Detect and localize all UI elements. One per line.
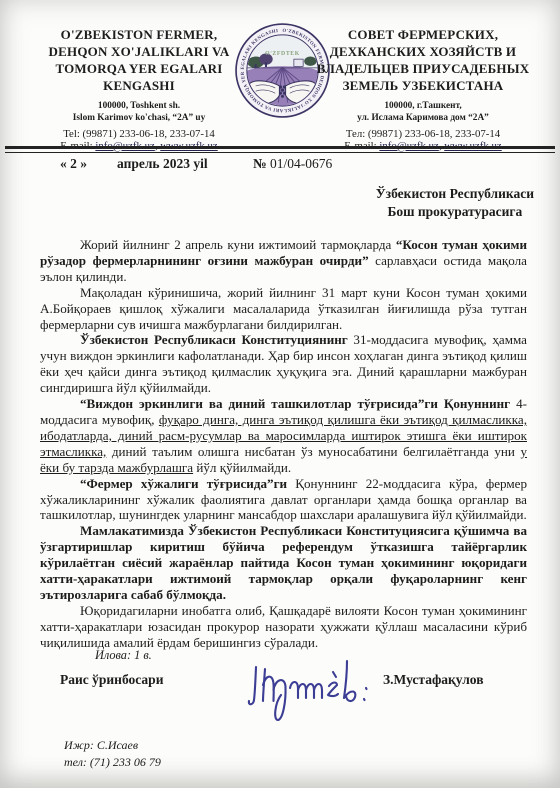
text-run: Мамлакатимизда Ўзбекистон Республикаси К… <box>40 523 527 602</box>
text-run: Ўзбекистон Республикаси Конституциянинг <box>80 332 348 347</box>
org-tel-uz: Tel: (99871) 233-06-18, 233-07-14 <box>22 128 256 140</box>
body-paragraph: “Фермер хўжалиги тўғрисида”ги Қонуннинг … <box>40 476 527 524</box>
text-run: диний таълим олишга нисбатан ўз муносаба… <box>106 444 520 459</box>
org-tel-ru: Тел: (99871) 233-06-18, 233-07-14 <box>302 128 544 140</box>
number-sign: № <box>253 156 270 171</box>
addressee-line1: Ўзбекистон Республикаси <box>376 185 534 203</box>
body-paragraph: Мақоладан кўринишича, жорий йилнинг 31 м… <box>40 285 527 333</box>
body-paragraph: Мамлакатимизда Ўзбекистон Республикаси К… <box>40 523 527 603</box>
body-paragraph: Жорий йилнинг 2 апрель куни ижтимоий тар… <box>40 237 527 285</box>
body-paragraph: Юқоридагиларни инобатга олиб, Қашқадарё … <box>40 603 527 651</box>
body-text: Жорий йилнинг 2 апрель куни ижтимоий тар… <box>40 237 527 651</box>
signer-name: З.Мустафақулов <box>383 672 484 688</box>
addressee-block: Ўзбекистон Республикаси Бош прокуратурас… <box>376 185 534 221</box>
handwritten-signature <box>240 645 390 730</box>
text-run: “Виждон эркинлиги ва диний ташкилотлар т… <box>80 396 510 411</box>
org-address-uz: 100000, Toshkent sh. Islom Karimov ko'ch… <box>22 100 256 125</box>
letter-page: O'ZBEKISTON FERMER, DEHQON XO'JALIKLARI … <box>0 0 560 788</box>
header-right: СОВЕТ ФЕРМЕРСКИХ, ДЕХКАНСКИХ ХОЗЯЙСТВ И … <box>302 27 544 152</box>
seal-center-text: O'ZFDTEK <box>265 51 300 57</box>
attachment-note: Илова: 1 в. <box>95 648 152 663</box>
letter-number: № 01/04-0676 <box>253 156 332 172</box>
org-title-ru: СОВЕТ ФЕРМЕРСКИХ, ДЕХКАНСКИХ ХОЗЯЙСТВ И … <box>302 27 544 95</box>
executor-phone: тел: (71) 233 06 79 <box>64 754 161 771</box>
letter-date-month-year: апрель 2023 yil <box>117 156 208 172</box>
text-run: йўл қўйилмайди. <box>193 460 291 475</box>
text-run: Жорий йилнинг 2 апрель куни ижтимоий тар… <box>80 237 396 252</box>
executor-name: Ижр: С.Исаев <box>64 737 161 754</box>
org-address-ru: 100000, г.Ташкент, ул. Ислама Каримова д… <box>302 100 544 125</box>
letter-date-day: « 2 » <box>60 156 87 172</box>
text-run: Юқоридагиларни инобатга олиб, Қашқадарё … <box>40 603 527 650</box>
signature-icon <box>240 645 390 730</box>
body-paragraph: Ўзбекистон Республикаси Конституциянинг … <box>40 332 527 396</box>
addressee-line2: Бош прокуратурасига <box>376 203 534 221</box>
text-run: Мақоладан кўринишича, жорий йилнинг 31 м… <box>40 285 527 332</box>
number-value: 01/04-0676 <box>270 156 332 171</box>
executor-block: Ижр: С.Исаев тел: (71) 233 06 79 <box>64 737 161 771</box>
header-left: O'ZBEKISTON FERMER, DEHQON XO'JALIKLARI … <box>22 27 256 152</box>
text-run: “Фермер хўжалиги тўғрисида”ги <box>80 476 287 491</box>
signer-position: Раис ўринбосари <box>60 672 163 688</box>
body-paragraph: “Виждон эркинлиги ва диний ташкилотлар т… <box>40 396 527 476</box>
org-title-uz: O'ZBEKISTON FERMER, DEHQON XO'JALIKLARI … <box>22 27 256 95</box>
header-divider-rule <box>5 146 555 153</box>
